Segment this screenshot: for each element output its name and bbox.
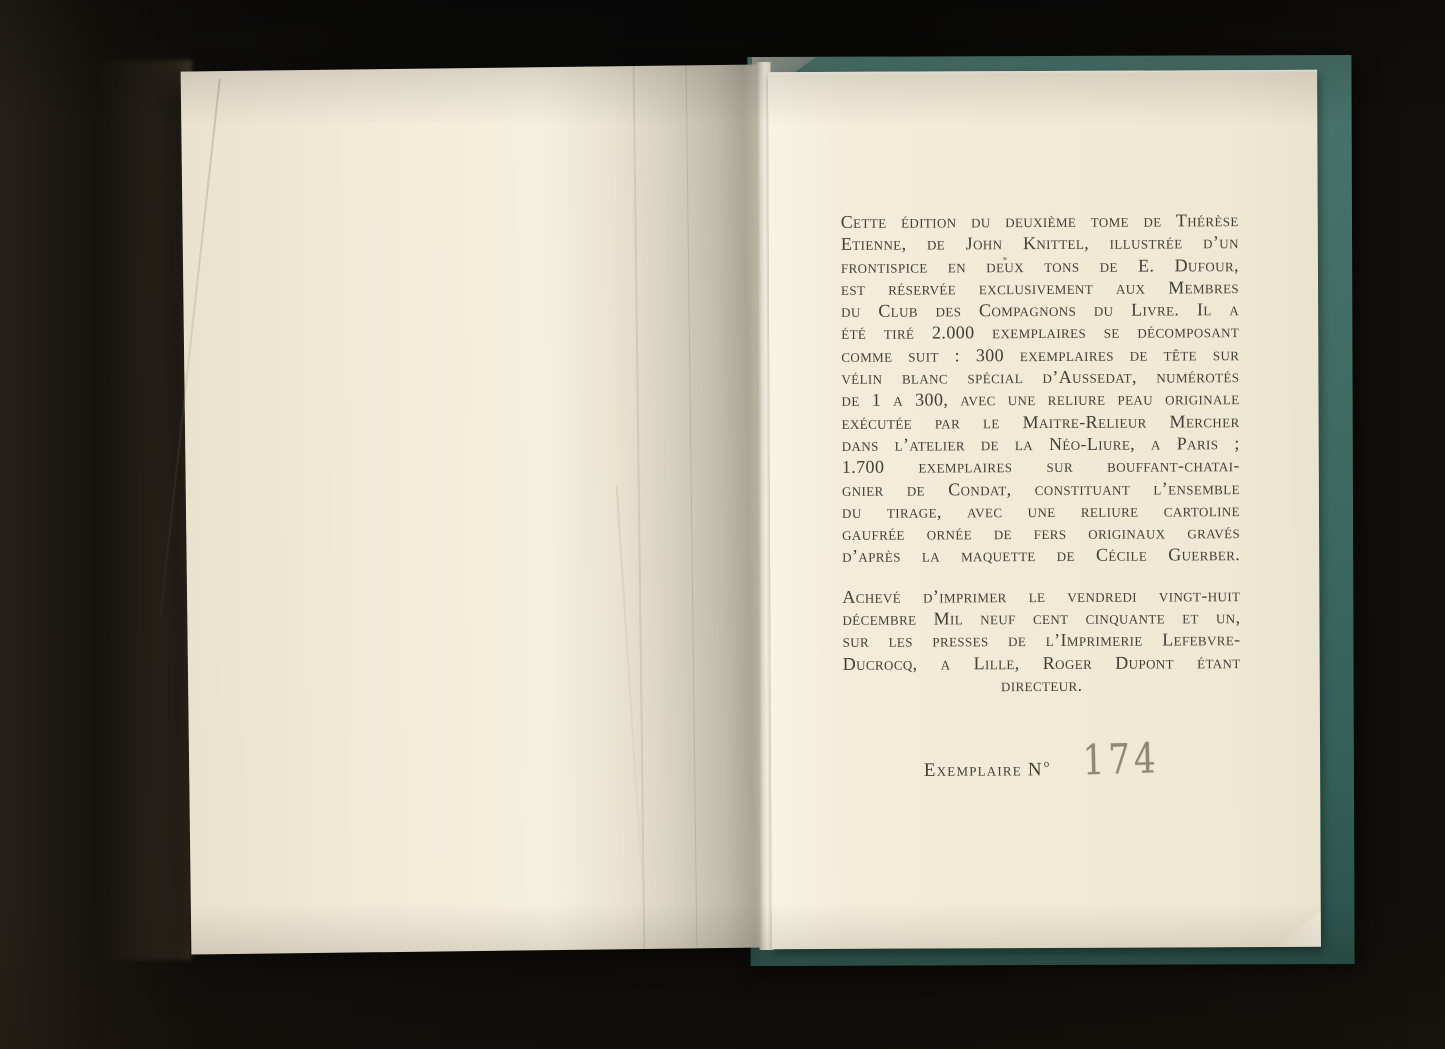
copy-number-stamp: 174 <box>1083 738 1161 782</box>
page-crease <box>633 66 646 949</box>
colophon-line: Ducrocq, a Lille, Roger Dupont étant <box>843 651 1241 675</box>
colophon-line: gnier de Condat, constituant l’ensemble <box>842 477 1240 501</box>
colophon-line: est réservée exclusivement aux Membres <box>841 276 1239 300</box>
exemplaire-label: Exemplaire No <box>924 759 1050 782</box>
colophon-line: d’après la maquette de Cécile Guerber. <box>842 544 1240 568</box>
background-glow <box>96 60 192 960</box>
colophon-line: 1.700 exemplaires sur bouffant-chatai- <box>842 454 1240 478</box>
printing-paragraph: Achevé d’imprimer le vendredi vingt-huit… <box>842 584 1240 697</box>
book-photo: Cette édition du deuxième tome de Thérès… <box>0 0 1445 1049</box>
colophon-page: Cette édition du deuxième tome de Thérès… <box>768 70 1321 949</box>
colophon-line: sur les presses de l’Imprimerie Lefebvre… <box>843 628 1241 652</box>
exemplaire-label-text: Exemplaire N <box>924 759 1043 781</box>
ordinal-sup: o <box>1044 758 1051 770</box>
colophon-line: décembre Mil neuf cent cinquante et un, <box>842 606 1240 630</box>
colophon-text-block: Cette édition du deuxième tome de Thérès… <box>841 209 1241 782</box>
colophon-line: de 1 a 300, avec une reliure peau origin… <box>841 388 1239 412</box>
colophon-line: Achevé d’imprimer le vendredi vingt-huit <box>842 584 1240 608</box>
colophon-line: directeur. <box>843 673 1241 697</box>
left-blank-page <box>181 64 772 954</box>
colophon-line: du tirage, avec une reliure cartoline <box>842 499 1240 523</box>
colophon-line: frontispice en deux tons de E. Dufour, <box>841 254 1239 278</box>
page-corner-fold <box>1275 911 1321 947</box>
colophon-line: Cette édition du deuxième tome de Thérès… <box>841 209 1239 233</box>
colophon-line: du Club des Compagnons du Livre. Il a <box>841 298 1239 322</box>
colophon-line: Etienne, de John Knittel, illustrée d’un <box>841 231 1239 255</box>
limitation-paragraph: Cette édition du deuxième tome de Thérès… <box>841 209 1241 567</box>
colophon-line: vélin blanc spécial d’Aussedat, numéroté… <box>841 365 1239 389</box>
colophon-line: exécutée par le Maitre-Relieur Mercher <box>842 410 1240 434</box>
colophon-line: gaufrée ornée de fers originaux gravés <box>842 521 1240 545</box>
colophon-line: dans l’atelier de la Néo-Liure, a Paris … <box>842 432 1240 456</box>
colophon-line: été tiré 2.000 exemplaires se décomposan… <box>841 321 1239 345</box>
copy-number-row: Exemplaire No 174 <box>843 747 1241 782</box>
page-crease <box>685 65 697 948</box>
colophon-line: comme suit : 300 exemplaires de tête sur <box>841 343 1239 367</box>
